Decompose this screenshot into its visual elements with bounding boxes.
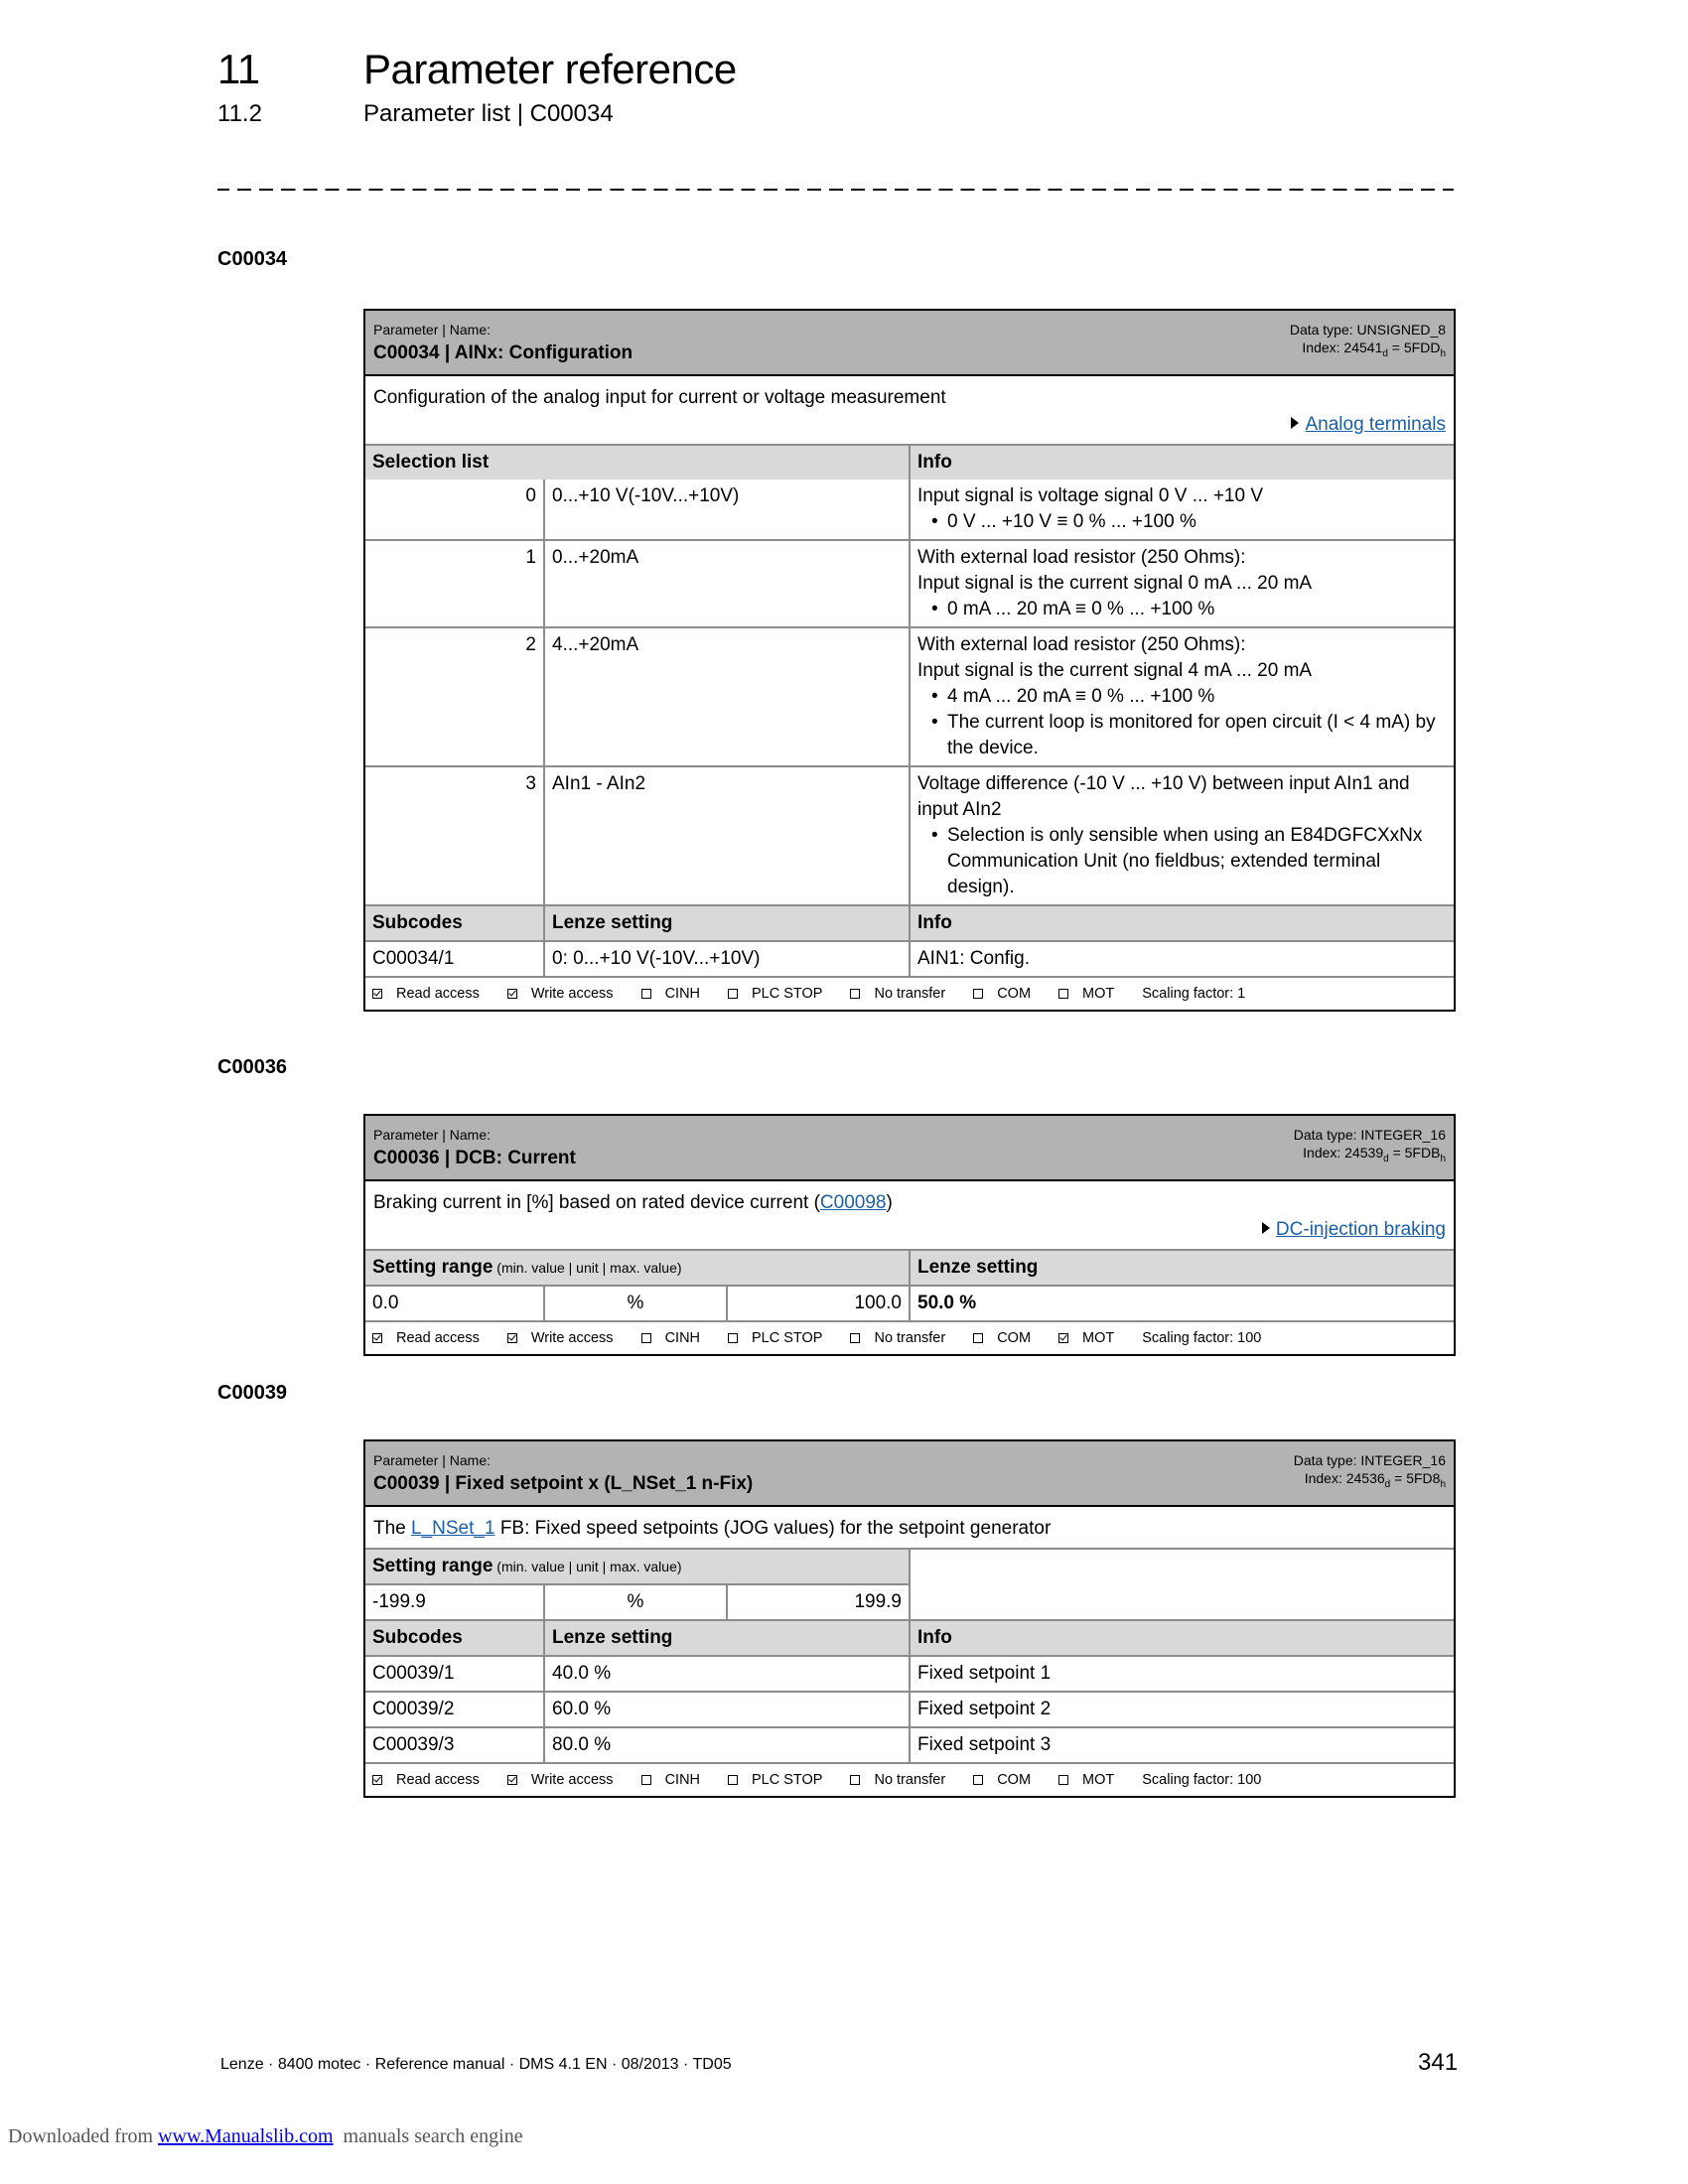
- range-max: 199.9: [728, 1583, 911, 1619]
- range-min: -199.9: [365, 1583, 545, 1619]
- lenze-setting: 50.0 %: [911, 1287, 1454, 1320]
- flag-plc-stop: PLC STOP: [728, 1770, 836, 1790]
- link-dc-injection-braking[interactable]: DC-injection braking: [1276, 1219, 1446, 1240]
- checkbox-unchecked-icon: [641, 1775, 651, 1785]
- subcodes-header-row: Subcodes Lenze setting Info: [365, 904, 1454, 940]
- table-row: C00039/3 80.0 % Fixed setpoint 3: [365, 1726, 1454, 1762]
- flag-write-access: Write access: [507, 1328, 628, 1348]
- param-header: Parameter | Name: C00034 | AINx: Configu…: [365, 311, 1454, 376]
- param-table-c00036: Parameter | Name: C00036 | DCB: Current …: [363, 1114, 1456, 1356]
- subcode-info: Fixed setpoint 3: [911, 1728, 1454, 1762]
- bullet-item: 0 mA ... 20 mA ≡ 0 % ... +100 %: [947, 597, 1447, 622]
- link-l-nset-1[interactable]: L_NSet_1: [411, 1518, 495, 1539]
- flag-read-access: Read access: [372, 1328, 493, 1348]
- lenze-setting: 40.0 %: [545, 1657, 911, 1691]
- scaling-factor: Scaling factor: 100: [1142, 1328, 1261, 1348]
- checkbox-checked-icon: [372, 989, 382, 999]
- subcode-info: Fixed setpoint 2: [911, 1693, 1454, 1726]
- checkbox-unchecked-icon: [641, 989, 651, 999]
- selection-row: 00...+10 V(-10V...+10V)Input signal is v…: [365, 479, 1454, 539]
- checkbox-unchecked-icon: [973, 989, 983, 999]
- subcodes-header: Subcodes: [365, 906, 545, 940]
- data-type: Data type: INTEGER_16: [1294, 1451, 1446, 1469]
- data-type: Data type: INTEGER_16: [1294, 1126, 1446, 1144]
- param-table-c00034: Parameter | Name: C00034 | AINx: Configu…: [363, 309, 1456, 1012]
- bullet-item: The current loop is monitored for open c…: [947, 710, 1447, 761]
- param-description: Configuration of the analog input for cu…: [365, 376, 1454, 444]
- checkbox-checked-icon: [372, 1333, 382, 1343]
- range-unit: %: [545, 1583, 728, 1619]
- flag-read-access: Read access: [372, 1770, 493, 1790]
- chapter-number: 11: [217, 46, 260, 93]
- range-unit: %: [545, 1287, 728, 1320]
- bullet-item: 4 mA ... 20 mA ≡ 0 % ... +100 %: [947, 684, 1447, 710]
- param-header: Parameter | Name: C00036 | DCB: Current …: [365, 1116, 1454, 1181]
- range-header-row: Setting range (min. value | unit | max. …: [365, 1249, 1454, 1285]
- param-name: C00034 | AINx: Configuration: [373, 341, 633, 366]
- checkbox-unchecked-icon: [728, 1333, 738, 1343]
- triangle-right-icon: [1291, 417, 1299, 429]
- selection-row: 3AIn1 - AIn2Voltage difference (-10 V ..…: [365, 765, 1454, 904]
- link-analog-terminals[interactable]: Analog terminals: [1305, 414, 1446, 435]
- subcode: C00039/2: [365, 1693, 545, 1726]
- lenze-setting: 0: 0...+10 V(-10V...+10V): [545, 942, 911, 976]
- checkbox-unchecked-icon: [1058, 1775, 1068, 1785]
- selection-value: 1: [365, 541, 545, 626]
- section-title: Parameter list | C00034: [363, 100, 614, 128]
- selection-header-row: Selection list Info: [365, 444, 1454, 479]
- param-header: Parameter | Name: C00039 | Fixed setpoin…: [365, 1441, 1454, 1507]
- access-flags: Read accessWrite accessCINHPLC STOPNo tr…: [365, 1762, 1454, 1796]
- chapter-title: Parameter reference: [363, 46, 737, 93]
- checkbox-checked-icon: [507, 1775, 517, 1785]
- table-row: C00039/2 60.0 % Fixed setpoint 2: [365, 1691, 1454, 1726]
- access-flags: Read accessWrite accessCINHPLC STOPNo tr…: [365, 1320, 1454, 1354]
- subcode: C00039/3: [365, 1728, 545, 1762]
- subcodes-header: Subcodes: [365, 1621, 545, 1655]
- param-index: Index: 24539d = 5FDBh: [1294, 1144, 1446, 1168]
- checkbox-unchecked-icon: [850, 1775, 860, 1785]
- subcode: C00034/1: [365, 942, 545, 976]
- header-divider: [217, 189, 1454, 191]
- checkbox-unchecked-icon: [850, 989, 860, 999]
- flag-cinh: CINH: [641, 1328, 714, 1348]
- selection-text: 0...+20mA: [545, 541, 911, 626]
- link-c00098[interactable]: C00098: [820, 1192, 887, 1213]
- selection-list-header: Selection list: [365, 446, 911, 479]
- flag-mot: MOT: [1058, 1770, 1128, 1790]
- checkbox-unchecked-icon: [850, 1333, 860, 1343]
- info-header: Info: [911, 1621, 1454, 1655]
- param-label-c00039: C00039: [217, 1382, 287, 1405]
- selection-row: 10...+20mAWith external load resistor (2…: [365, 539, 1454, 626]
- param-table-c00039: Parameter | Name: C00039 | Fixed setpoin…: [363, 1439, 1456, 1798]
- flag-mot: MOT: [1058, 984, 1128, 1004]
- selection-value: 2: [365, 628, 545, 765]
- access-flags: Read accessWrite accessCINHPLC STOPNo tr…: [365, 976, 1454, 1010]
- param-name: C00039 | Fixed setpoint x (L_NSet_1 n-Fi…: [373, 1471, 753, 1497]
- flag-no-transfer: No transfer: [850, 1770, 959, 1790]
- subcodes-header-row: Subcodes Lenze setting Info: [365, 1619, 1454, 1655]
- subcode-info: AIN1: Config.: [911, 942, 1454, 976]
- checkbox-checked-icon: [507, 1333, 517, 1343]
- flag-plc-stop: PLC STOP: [728, 1328, 836, 1348]
- selection-info: With external load resistor (250 Ohms):I…: [911, 628, 1454, 765]
- selection-value: 3: [365, 767, 545, 904]
- subcode: C00039/1: [365, 1657, 545, 1691]
- scaling-factor: Scaling factor: 1: [1142, 984, 1245, 1004]
- range-max: 100.0: [728, 1287, 911, 1320]
- subcode-info: Fixed setpoint 1: [911, 1657, 1454, 1691]
- range-min: 0.0: [365, 1287, 545, 1320]
- footer-document-info: Lenze · 8400 motec · Reference manual · …: [220, 2056, 732, 2074]
- description-text: The L_NSet_1 FB: Fixed speed setpoints (…: [373, 1515, 1446, 1542]
- param-index: Index: 24536d = 5FD8h: [1294, 1469, 1446, 1494]
- flag-write-access: Write access: [507, 984, 628, 1004]
- checkbox-unchecked-icon: [973, 1333, 983, 1343]
- description-text: Braking current in [%] based on rated de…: [373, 1189, 1446, 1216]
- scaling-factor: Scaling factor: 100: [1142, 1770, 1261, 1790]
- selection-info: Voltage difference (-10 V ... +10 V) bet…: [911, 767, 1454, 904]
- flag-com: COM: [973, 1328, 1045, 1348]
- bullet-item: Selection is only sensible when using an…: [947, 823, 1447, 900]
- selection-info: With external load resistor (250 Ohms):I…: [911, 541, 1454, 626]
- lenze-setting: 80.0 %: [545, 1728, 911, 1762]
- empty-cell: [911, 1550, 1454, 1583]
- param-index: Index: 24541d = 5FDDh: [1290, 339, 1446, 363]
- param-label-c00036: C00036: [217, 1056, 287, 1079]
- table-row: -199.9 % 199.9: [365, 1583, 1454, 1619]
- checkbox-checked-icon: [1058, 1333, 1068, 1343]
- param-description: Braking current in [%] based on rated de…: [365, 1181, 1454, 1249]
- param-label-c00034: C00034: [217, 248, 287, 271]
- setting-range-header: Setting range (min. value | unit | max. …: [365, 1251, 911, 1285]
- info-header: Info: [911, 906, 1454, 940]
- lenze-setting-header: Lenze setting: [911, 1251, 1454, 1285]
- param-description: The L_NSet_1 FB: Fixed speed setpoints (…: [365, 1507, 1454, 1548]
- section-number: 11.2: [217, 100, 262, 128]
- flag-read-access: Read access: [372, 984, 493, 1004]
- checkbox-unchecked-icon: [728, 989, 738, 999]
- header-caption: Parameter | Name:: [373, 321, 633, 339]
- selection-value: 0: [365, 479, 545, 539]
- selection-text: 0...+10 V(-10V...+10V): [545, 479, 911, 539]
- range-header-row: Setting range (min. value | unit | max. …: [365, 1548, 1454, 1583]
- data-type: Data type: UNSIGNED_8: [1290, 321, 1446, 339]
- table-row: C00034/1 0: 0...+10 V(-10V...+10V) AIN1:…: [365, 940, 1454, 976]
- lenze-setting-header: Lenze setting: [545, 906, 911, 940]
- checkbox-unchecked-icon: [973, 1775, 983, 1785]
- flag-no-transfer: No transfer: [850, 984, 959, 1004]
- checkbox-checked-icon: [372, 1775, 382, 1785]
- table-row: C00039/1 40.0 % Fixed setpoint 1: [365, 1655, 1454, 1691]
- lenze-setting-header: Lenze setting: [545, 1621, 911, 1655]
- flag-write-access: Write access: [507, 1770, 628, 1790]
- download-notice: Downloaded from www.Manualslib.com manua…: [8, 2125, 523, 2148]
- description-text: Configuration of the analog input for cu…: [373, 384, 1446, 411]
- checkbox-unchecked-icon: [1058, 989, 1068, 999]
- checkbox-checked-icon: [507, 989, 517, 999]
- setting-range-header: Setting range (min. value | unit | max. …: [365, 1550, 911, 1583]
- header-caption: Parameter | Name:: [373, 1451, 753, 1469]
- param-name: C00036 | DCB: Current: [373, 1146, 576, 1171]
- table-row: 0.0 % 100.0 50.0 %: [365, 1285, 1454, 1320]
- selection-text: AIn1 - AIn2: [545, 767, 911, 904]
- bullet-item: 0 V ... +10 V ≡ 0 % ... +100 %: [947, 509, 1447, 535]
- lenze-setting: 60.0 %: [545, 1693, 911, 1726]
- page-number: 341: [1418, 2049, 1458, 2077]
- flag-no-transfer: No transfer: [850, 1328, 959, 1348]
- flag-com: COM: [973, 1770, 1045, 1790]
- info-header: Info: [911, 446, 1454, 479]
- flag-cinh: CINH: [641, 984, 714, 1004]
- checkbox-unchecked-icon: [641, 1333, 651, 1343]
- flag-mot: MOT: [1058, 1328, 1128, 1348]
- selection-info: Input signal is voltage signal 0 V ... +…: [911, 479, 1454, 539]
- empty-cell: [911, 1583, 1454, 1619]
- selection-text: 4...+20mA: [545, 628, 911, 765]
- flag-plc-stop: PLC STOP: [728, 984, 836, 1004]
- selection-row: 24...+20mAWith external load resistor (2…: [365, 626, 1454, 765]
- manualslib-link[interactable]: www.Manualslib.com: [158, 2125, 333, 2147]
- flag-cinh: CINH: [641, 1770, 714, 1790]
- header-caption: Parameter | Name:: [373, 1126, 576, 1144]
- flag-com: COM: [973, 984, 1045, 1004]
- triangle-right-icon: [1262, 1222, 1270, 1234]
- checkbox-unchecked-icon: [728, 1775, 738, 1785]
